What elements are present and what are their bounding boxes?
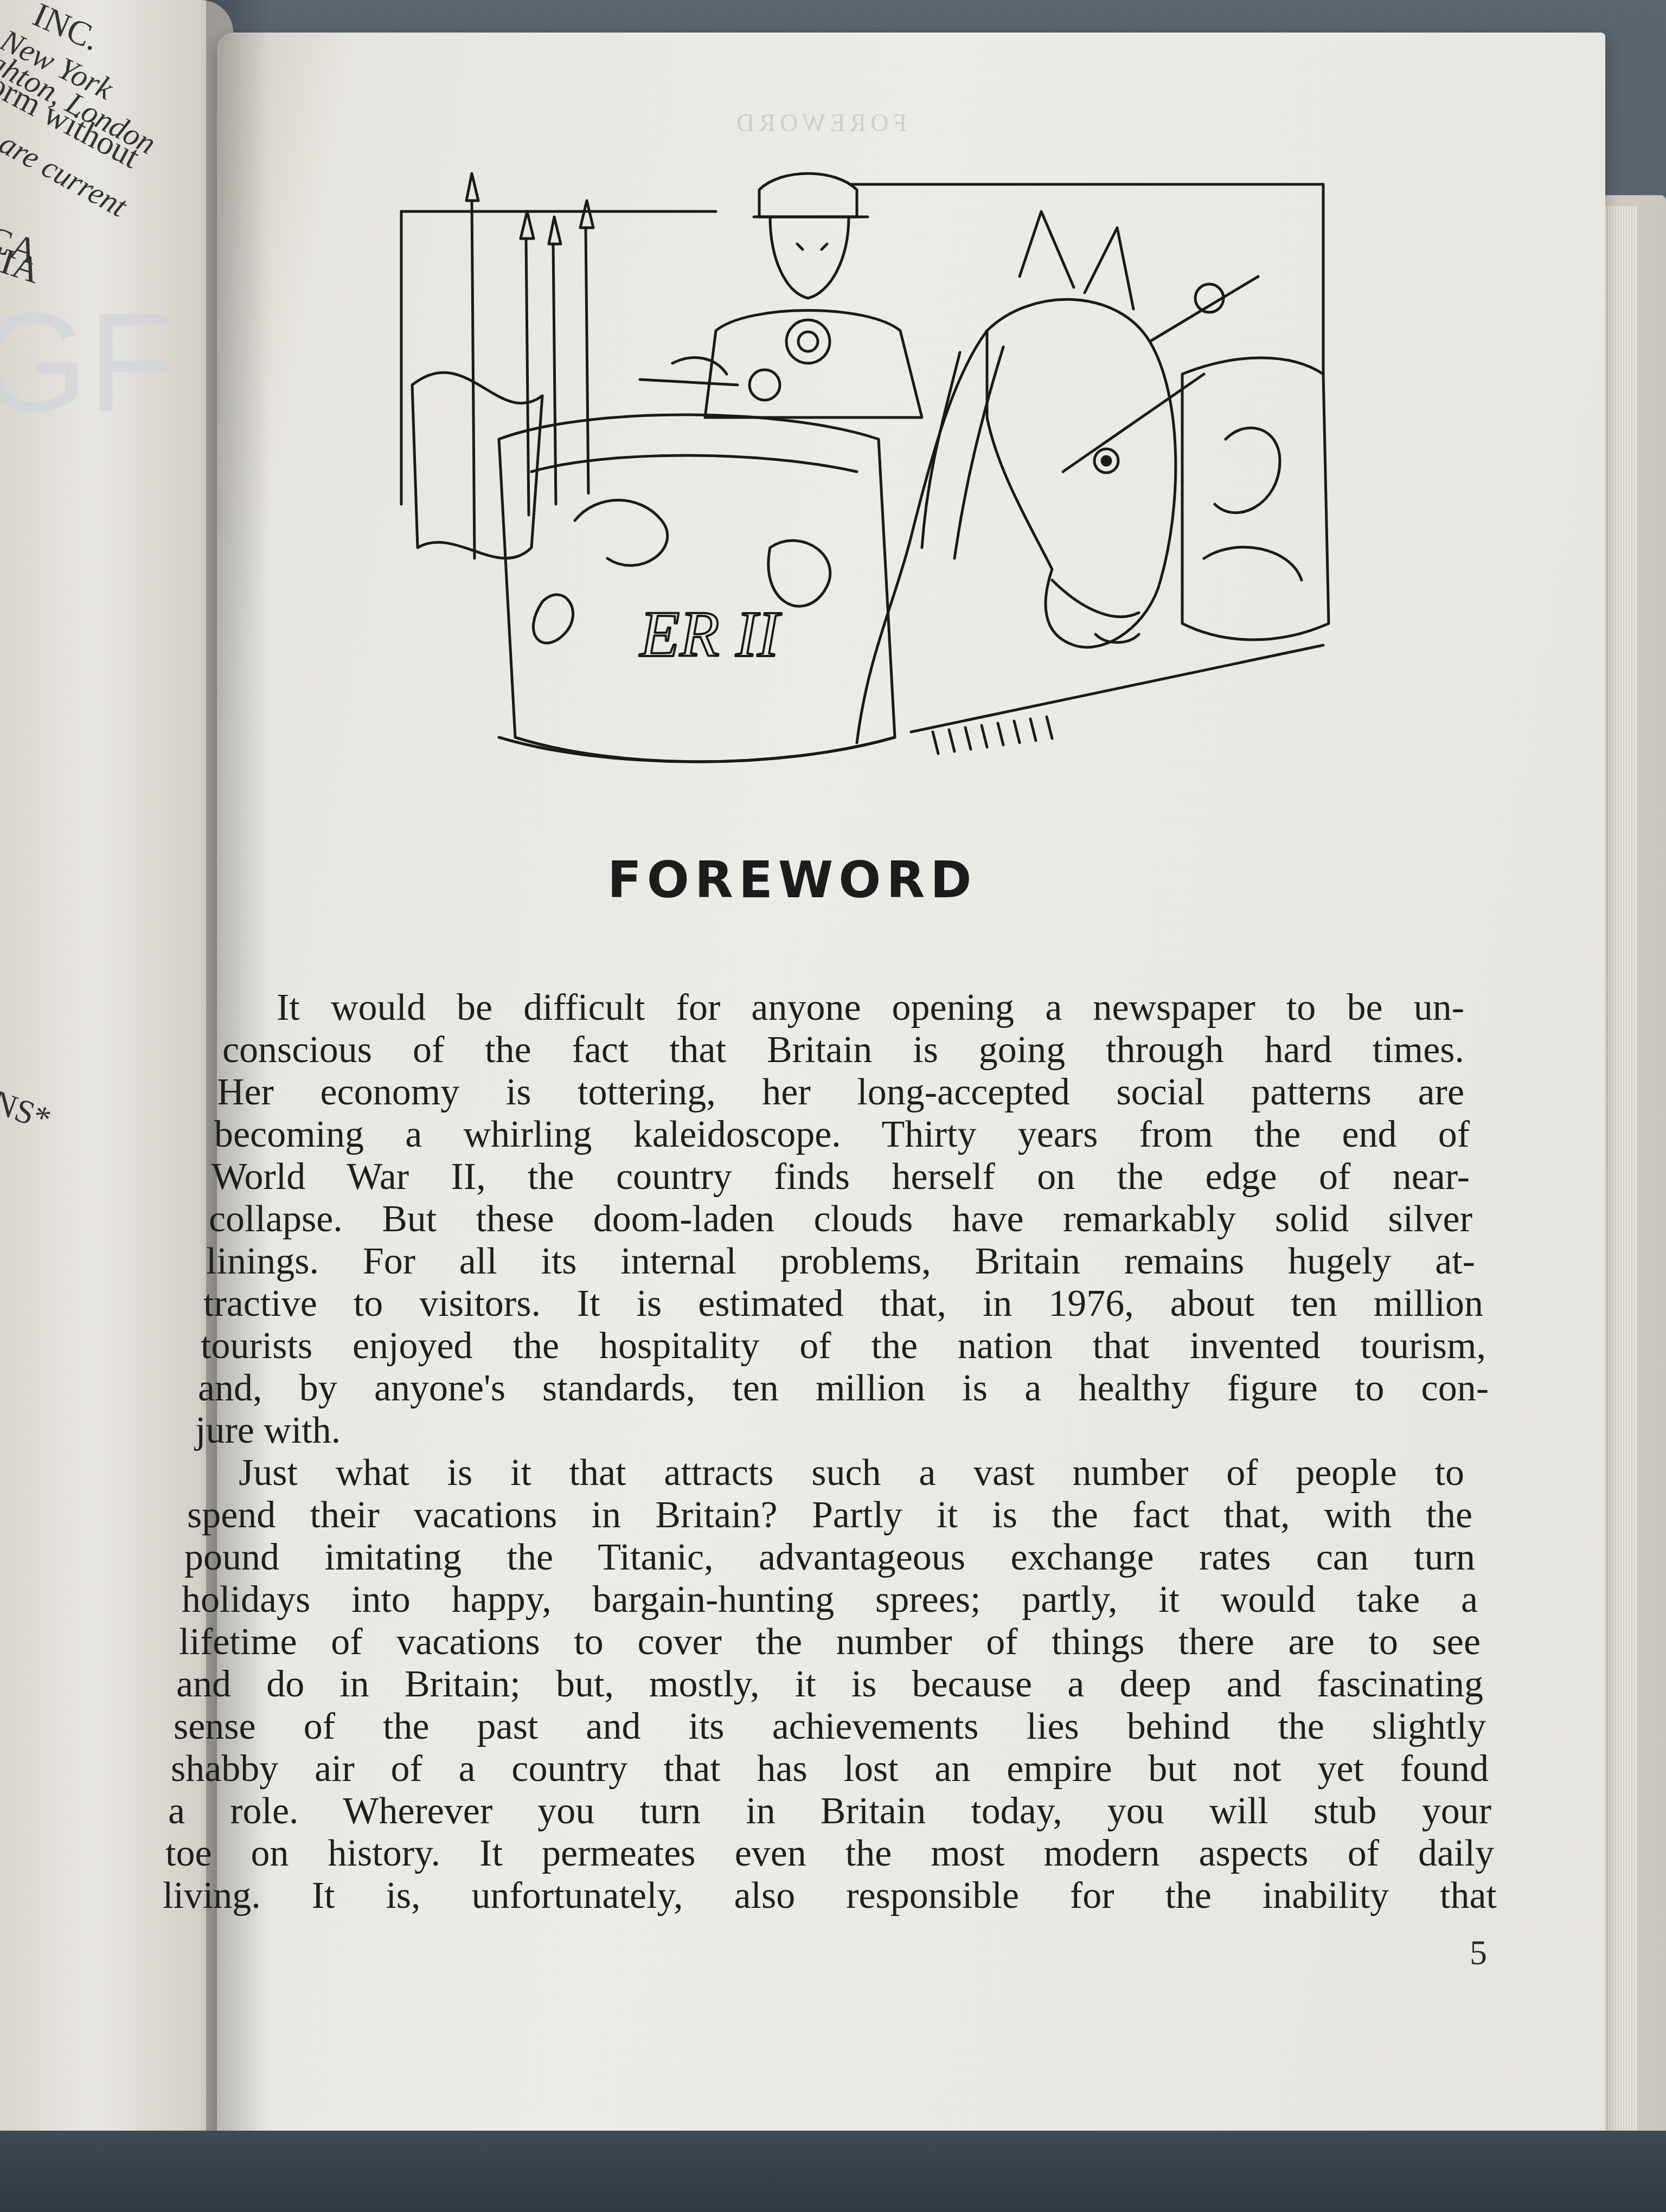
- left-page-bleed-glyph: GF: [0, 282, 174, 444]
- text-line: linings. For all its internal problems, …: [163, 1240, 1475, 1283]
- page-title: FOREWORD: [607, 851, 977, 909]
- text-line: spend their vacations in Britain? Partly…: [163, 1494, 1472, 1536]
- text-line: tractive to visitors. It is estimated th…: [163, 1283, 1483, 1325]
- page-number: 5: [1470, 1933, 1487, 1973]
- bleed-through-header: FOREWORD: [732, 108, 907, 137]
- foreword-body: It would be difficult for anyone opening…: [163, 987, 1486, 1917]
- text-line: and, by anyone's standards, ten million …: [163, 1367, 1489, 1410]
- text-line: toe on history. It permeates even the mo…: [163, 1832, 1494, 1875]
- table-edge: [0, 2131, 1666, 2212]
- text-line: tourists enjoyed the hospitality of the …: [163, 1325, 1486, 1367]
- svg-text:ER II: ER II: [639, 598, 782, 670]
- left-fragment: INS*: [0, 1079, 56, 1139]
- cavalry-drummer-illustration: ER II: [336, 168, 1367, 792]
- text-line: sense of the past and its achievements l…: [163, 1706, 1486, 1748]
- text-line: Just what is it that attracts such a vas…: [163, 1452, 1464, 1494]
- text-line: It would be difficult for anyone opening…: [163, 987, 1464, 1029]
- text-line: living. It is, unfortunately, also respo…: [163, 1875, 1497, 1917]
- text-line: pound imitating the Titanic, advantageou…: [163, 1536, 1475, 1579]
- text-line: Her economy is tottering, her long-accep…: [163, 1071, 1464, 1114]
- text-line: World War II, the country finds herself …: [163, 1156, 1470, 1198]
- text-line: holidays into happy, bargain-hunting spr…: [163, 1579, 1478, 1621]
- text-line: shabby air of a country that has lost an…: [163, 1748, 1489, 1790]
- text-line: becoming a whirling kaleidoscope. Thirty…: [163, 1114, 1470, 1156]
- paragraph-1: It would be difficult for anyone opening…: [163, 987, 1486, 1452]
- text-line: a role. Wherever you turn in Britain tod…: [163, 1790, 1491, 1832]
- text-line: lifetime of vacations to cover the numbe…: [163, 1621, 1481, 1663]
- text-line: conscious of the fact that Britain is go…: [163, 1029, 1464, 1071]
- text-line: collapse. But these doom-laden clouds ha…: [163, 1198, 1472, 1240]
- paragraph-2: Just what is it that attracts such a vas…: [163, 1452, 1486, 1917]
- text-line: jure with.: [163, 1410, 1486, 1452]
- text-line: and do in Britain; but, mostly, it is be…: [163, 1663, 1483, 1706]
